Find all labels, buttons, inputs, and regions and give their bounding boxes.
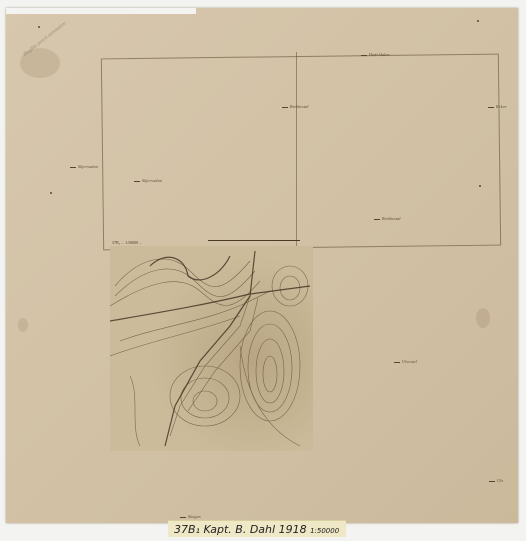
topo-header: 37B₁ ... 1:50000 ... xyxy=(112,240,142,245)
place-label: Brekkestøl xyxy=(374,216,401,221)
place-label: Rekve xyxy=(488,104,507,109)
place-label: Ulv xyxy=(489,478,503,483)
place-label: Skjervadan xyxy=(134,178,162,183)
corner-mark xyxy=(38,26,40,28)
torn-edge xyxy=(6,8,196,14)
place-label: Skogen xyxy=(180,514,201,519)
scale-bar xyxy=(208,240,300,243)
place-label: Skjervadan xyxy=(70,164,98,169)
place-label: Ulvestøl xyxy=(394,359,417,364)
frame-divider xyxy=(296,52,297,248)
corner-mark xyxy=(50,192,52,194)
paper-stain xyxy=(18,318,28,332)
catalog-label-text: 37B₁ Kapt. B. Dahl 1918 1:50000 xyxy=(174,523,339,536)
catalog-label: 37B₁ Kapt. B. Dahl 1918 1:50000 xyxy=(168,520,346,537)
paper-stain xyxy=(476,308,490,328)
place-label: Brekkestøl xyxy=(282,104,309,109)
corner-mark xyxy=(479,185,481,187)
contour-lines xyxy=(110,246,313,451)
map-frame-outer xyxy=(101,54,501,251)
corner-mark xyxy=(477,20,479,22)
topographic-map-inset[interactable] xyxy=(110,246,313,451)
place-label: Hadeldalen xyxy=(361,52,390,57)
